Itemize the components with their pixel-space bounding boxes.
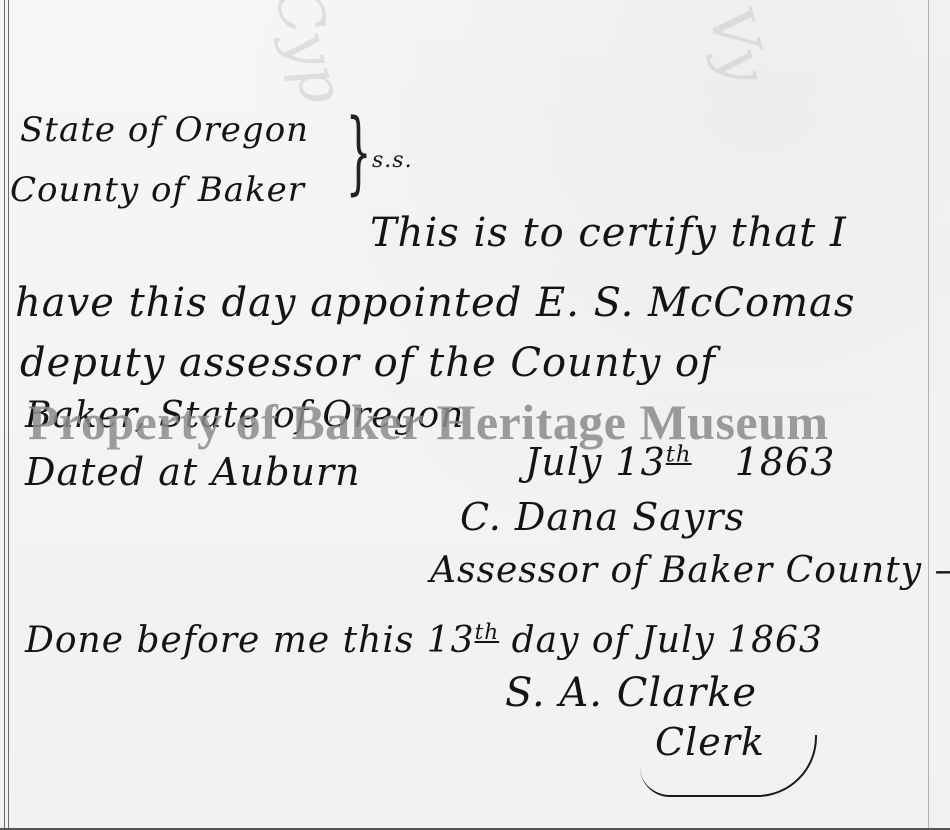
bleed-through-text: Vy [694, 0, 781, 90]
assessor-title: Assessor of Baker County – [430, 550, 950, 591]
venue-state: State of Oregon [20, 110, 309, 150]
venue-county: County of Baker [10, 170, 305, 210]
watermark: Property of Baker Heritage Museum [28, 393, 928, 451]
sworn-statement: Done before me this 13th day of July 186… [25, 620, 823, 661]
sworn-text-2: day of July 1863 [512, 620, 823, 661]
body-line-2: have this day appointed E. S. McComas [15, 280, 855, 326]
body-line-1: This is to certify that I [370, 210, 847, 256]
venue-ss: s.s. [372, 148, 413, 173]
sworn-text-1: Done before me this 13 [25, 620, 475, 661]
right-page-edge [928, 0, 929, 830]
assessor-signature: C. Dana Sayrs [460, 495, 745, 539]
document-page: Cyp Vy State of Oregon County of Baker }… [0, 0, 950, 830]
venue-brace-icon: } [346, 108, 372, 198]
clerk-signature: S. A. Clarke [505, 670, 757, 716]
body-line-3: deputy assessor of the County of [20, 340, 716, 386]
left-margin-rule [4, 0, 5, 830]
clerk-flourish [640, 735, 817, 797]
dated-place: Dated at Auburn [25, 450, 361, 494]
left-margin-rule-inner [8, 0, 9, 830]
bleed-through-text: Cyp [260, 0, 358, 111]
sworn-ordinal: th [475, 620, 500, 645]
